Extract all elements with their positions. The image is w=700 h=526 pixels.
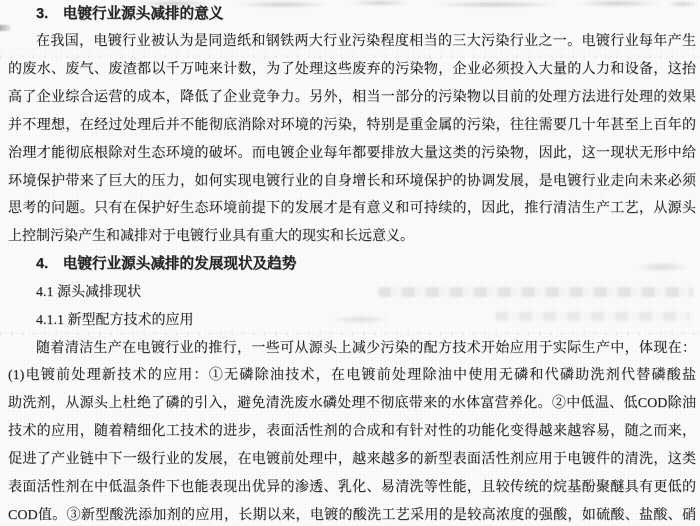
text-line: (1)电镀前处理新技术的应用：①无磷除油技术，在电镀前处理除油中使用无磷和代磷助…	[8, 362, 696, 390]
text-line: 4.1.1 新型配方技术的应用	[8, 307, 696, 335]
document-page: 3. 电镀行业源头减排的意义在我国，电镀行业被认为是同造纸和钢铁两大行业污染程度…	[0, 0, 700, 526]
text-line: 思考的问题。只有在保护好生态环境前提下的发展才是有意义和可持续的，因此，推行清洁…	[8, 195, 696, 223]
text-line: 的废水、废气、废渣都以千万吨来计数，为了处理这些废弃的污染物，企业必须投入大量的…	[8, 56, 696, 84]
text-line: COD值。③新型酸洗添加剂的应用，长期以来，电镀的酸洗工艺采用的是较高浓度的强酸…	[8, 502, 696, 526]
text-line: 技术的应用，随着精细化工技术的进步，表面活性剂的合成和有针对性的功能化变得越来越…	[8, 418, 696, 446]
text-line: 在我国，电镀行业被认为是同造纸和钢铁两大行业污染程度相当的三大污染行业之一。电镀…	[8, 28, 696, 56]
text-line: 表面活性剂在中低温条件下也能表现出优异的渗透、乳化、易清洗等性能，且较传统的烷基…	[8, 474, 696, 502]
text-line: 并不理想，在经过处理后并不能彻底消除对环境的污染，特别是重金属的污染，往往需要几…	[8, 112, 696, 140]
text-line: 随着清洁生产在电镀行业的推行，一些可从源头上减少污染的配方技术开始应用于实际生产…	[8, 335, 696, 363]
text-line: 促进了产业链中下一级行业的发展，在电镀前处理中，越来越多的新型表面活性剂应用于电…	[8, 446, 696, 474]
text-line: 环境保护带来了巨大的压力，如何实现电镀行业的自身增长和环境保护的协调发展，是电镀…	[8, 168, 696, 196]
text-line: 上控制污染产生和减排对于电镀行业具有重大的现实和长远意义。	[8, 223, 696, 251]
text-column: 3. 电镀行业源头减排的意义在我国，电镀行业被认为是同造纸和钢铁两大行业污染程度…	[8, 0, 696, 526]
text-line: 高了企业综合运营的成本，降低了企业竞争力。另外，相当一部分的污染物以目前的处理方…	[8, 84, 696, 112]
text-line: 4.1 源头减排现状	[8, 279, 696, 307]
text-line: 助洗剂，从源头上杜绝了磷的引入，避免清洗废水磷处理不彻底带来的水体富营养化。②中…	[8, 390, 696, 418]
text-line: 治理才能彻底根除对生态环境的破坏。而电镀企业每年都要排放大量这类的污染物，因此，…	[8, 140, 696, 168]
section-heading: 4. 电镀行业源头减排的发展现状及趋势	[8, 251, 696, 279]
section-heading: 3. 电镀行业源头减排的意义	[8, 1, 696, 29]
